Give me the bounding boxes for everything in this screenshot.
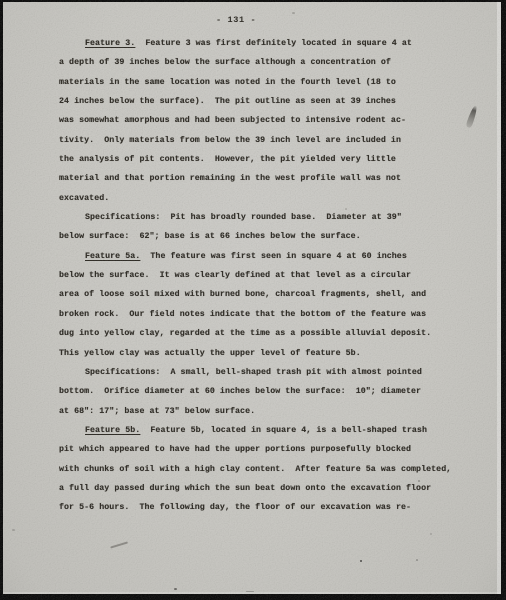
text-line: was somewhat amorphous and had been subj…: [59, 111, 479, 130]
text-line: Feature 5a. The feature was first seen i…: [59, 247, 479, 266]
text-line: This yellow clay was actually the upper …: [59, 344, 479, 363]
text-line: Specifications: Pit has broadly rounded …: [59, 208, 479, 227]
speckle: [174, 588, 177, 590]
feature-heading-underlined: Feature 5b.: [85, 426, 140, 435]
text-line: dug into yellow clay, regarded at the ti…: [59, 324, 479, 343]
speckle: [345, 208, 347, 210]
scanned-page: - 131 - Feature 3. Feature 3 was first d…: [3, 2, 501, 594]
text-line: materials in the same location was noted…: [59, 73, 479, 92]
text-line: bottom. Orifice diameter at 60 inches be…: [59, 382, 479, 401]
feature-heading-underlined: Feature 3.: [85, 39, 135, 48]
text-line: below the surface. It was clearly define…: [59, 266, 479, 285]
text-line: Specifications: A small, bell-shaped tra…: [59, 363, 479, 382]
text-line: Feature 3. Feature 3 was first definitel…: [59, 34, 479, 53]
scan-frame: - 131 - Feature 3. Feature 3 was first d…: [0, 0, 506, 600]
text-line: broken rock. Our field notes indicate th…: [59, 305, 479, 324]
speckle: [12, 529, 15, 531]
speckle: [416, 559, 418, 561]
text-line: Feature 5b. Feature 5b, located in squar…: [59, 421, 479, 440]
text-line: area of loose soil mixed with burned bon…: [59, 285, 479, 304]
text-line: pit which appeared to have had the upper…: [59, 440, 479, 459]
speckle: [418, 480, 420, 482]
text-line: excavated.: [59, 189, 479, 208]
speckle: [360, 560, 362, 562]
text-line: tivity. Only materials from below the 39…: [59, 131, 479, 150]
text-line: at 68": 17"; base at 73" below surface.: [59, 402, 479, 421]
text-line: material and that portion remaining in t…: [59, 169, 479, 188]
paper-edge-highlight: [3, 592, 501, 594]
page-number: - 131 -: [216, 15, 256, 25]
text-line: 24 inches below the surface). The pit ou…: [59, 92, 479, 111]
text-line: the analysis of pit contents. However, t…: [59, 150, 479, 169]
paper-edge-highlight: [497, 2, 501, 594]
page-text: Feature 3. Feature 3 was first definitel…: [59, 34, 479, 518]
feature-heading-underlined: Feature 5a.: [85, 252, 140, 261]
speckle: [430, 533, 432, 535]
text-line: for 5-6 hours. The following day, the fl…: [59, 498, 479, 517]
speckle: [292, 12, 295, 14]
text-line: a depth of 39 inches below the surface a…: [59, 53, 479, 72]
text-line: below surface: 62"; base is at 66 inches…: [59, 227, 479, 246]
text-line: a full day passed during which the sun b…: [59, 479, 479, 498]
text-line: with chunks of soil with a high clay con…: [59, 460, 479, 479]
